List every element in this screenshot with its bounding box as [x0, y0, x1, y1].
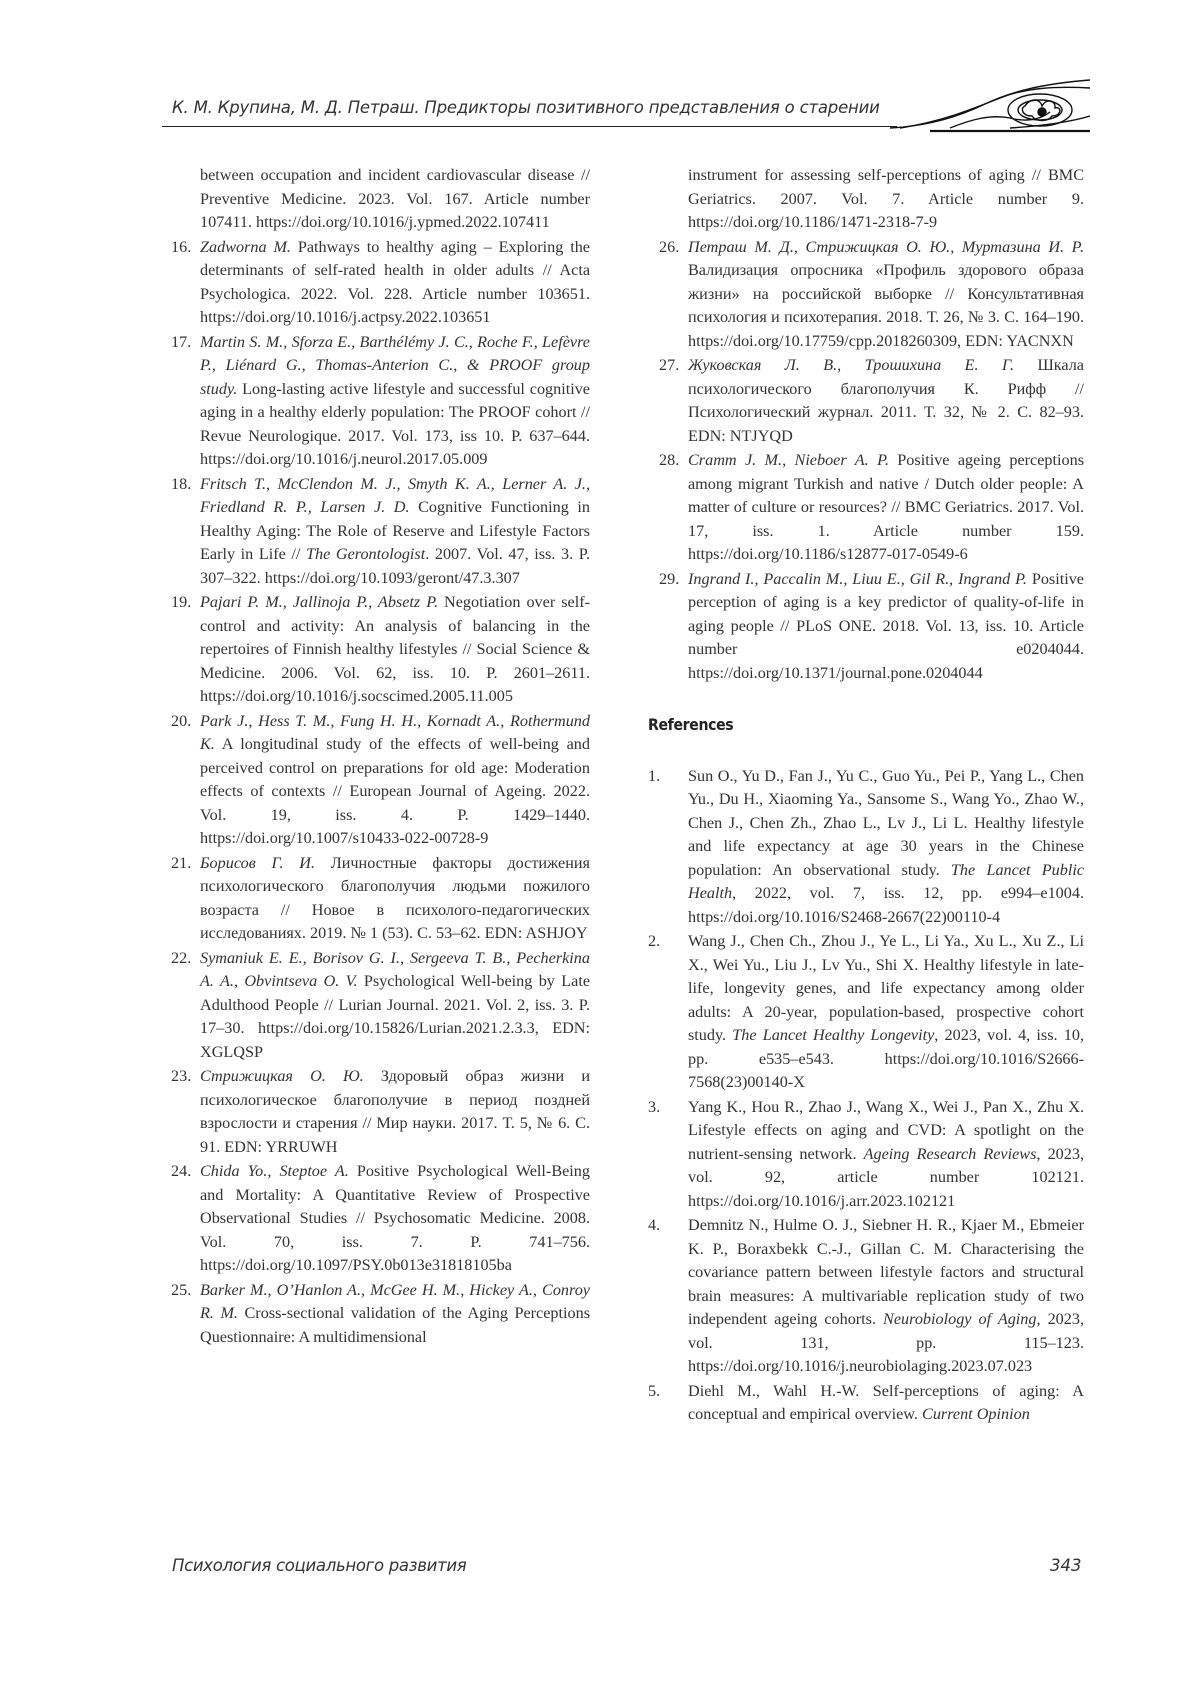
reference-item: 16.Zadworna M. Pathways to healthy aging…: [160, 236, 590, 330]
reference-authors: Стрижицкая О. Ю.: [200, 1067, 364, 1085]
reference-authors: Ingrand I., Paccalin M., Liuu E., Gil R.…: [688, 570, 1027, 588]
reference-item: 18.Fritsch T., McClendon M. J., Smyth K.…: [160, 473, 590, 591]
reference-number: 26.: [659, 236, 687, 260]
reference-continuation: instrument for assessing self-perception…: [648, 164, 1084, 235]
reference-journal: The Gerontologist: [306, 545, 425, 563]
reference-text: Long-lasting active lifestyle and succes…: [200, 380, 590, 469]
reference-text: A longitudinal study of the effects of w…: [200, 735, 590, 847]
references-heading: References: [648, 713, 1032, 737]
reference-number: 5.: [648, 1380, 676, 1404]
reference-number: 24.: [171, 1160, 199, 1184]
reference-authors: Жуковская Л. В., Трошихина Е. Г.: [688, 356, 1014, 374]
reference-number: 28.: [659, 449, 687, 473]
running-title: К. М. Крупина, М. Д. Петраш. Предикторы …: [172, 98, 892, 117]
reference-item: 5.Diehl M., Wahl H.-W. Self-perceptions …: [648, 1380, 1084, 1427]
reference-text: Валидизация опросника «Профиль здорового…: [688, 261, 1084, 350]
reference-item: 26.Петраш М. Д., Стрижицкая О. Ю., Мурта…: [648, 236, 1084, 354]
reference-item: 1.Sun O., Yu D., Fan J., Yu C., Guo Yu.,…: [648, 765, 1084, 930]
reference-number: 25.: [171, 1279, 199, 1303]
reference-authors: Петраш М. Д., Стрижицкая О. Ю., Муртазин…: [688, 238, 1084, 256]
reference-item: 28.Cramm J. M., Nieboer A. P. Positive a…: [648, 449, 1084, 567]
reference-number: 27.: [659, 354, 687, 378]
reference-number: 18.: [171, 473, 199, 497]
reference-item: 24.Chida Yo., Steptoe A. Positive Psycho…: [160, 1160, 590, 1278]
reference-number: 17.: [171, 331, 199, 355]
left-column: between occupation and incident cardiova…: [160, 164, 590, 1350]
journal-name: Психология социального развития: [172, 1556, 466, 1575]
reference-journal: The Lancet Healthy Longevity: [732, 1026, 934, 1044]
reference-authors: Chida Yo., Steptoe A.: [200, 1162, 349, 1180]
header-divider: [162, 126, 897, 127]
reference-authors: Zadworna M.: [200, 238, 291, 256]
reference-item: 20.Park J., Hess T. M., Fung H. H., Korn…: [160, 710, 590, 851]
reference-text-tail: , 2022, vol. 7, iss. 12, pp. e994–e1004.…: [688, 884, 1084, 926]
reference-number: 2.: [648, 930, 676, 954]
reference-number: 3.: [648, 1096, 676, 1120]
reference-item: 22.Symaniuk E. E., Borisov G. I., Sergee…: [160, 947, 590, 1065]
reference-number: 20.: [171, 710, 199, 734]
reference-number: 16.: [171, 236, 199, 260]
reference-journal: Current Opinion: [922, 1405, 1030, 1423]
reference-item: 27.Жуковская Л. В., Трошихина Е. Г. Шкал…: [648, 354, 1084, 448]
reference-text: Cross-sectional validation of the Aging …: [200, 1304, 590, 1346]
reference-number: 21.: [171, 852, 199, 876]
reference-number: 19.: [171, 591, 199, 615]
reference-number: 29.: [659, 568, 687, 592]
reference-item: 4.Demnitz N., Hulme O. J., Siebner H. R.…: [648, 1214, 1084, 1379]
ornament-icon: [890, 76, 1090, 136]
reference-number: 23.: [171, 1065, 199, 1089]
reference-item: 2.Wang J., Chen Ch., Zhou J., Ye L., Li …: [648, 930, 1084, 1095]
reference-item: 23.Стрижицкая О. Ю. Здоровый образ жизни…: [160, 1065, 590, 1159]
reference-authors: Pajari P. M., Jallinoja P., Absetz P.: [200, 593, 438, 611]
reference-item: 29.Ingrand I., Paccalin M., Liuu E., Gil…: [648, 568, 1084, 686]
english-references-list: 1.Sun O., Yu D., Fan J., Yu C., Guo Yu.,…: [648, 765, 1084, 1427]
journal-page: К. М. Крупина, М. Д. Петраш. Предикторы …: [0, 0, 1200, 1697]
reference-journal: Neurobiology of Aging: [883, 1310, 1036, 1328]
reference-number: 1.: [648, 765, 676, 789]
reference-item: 25.Barker M., O’Hanlon A., McGee H. M., …: [160, 1279, 590, 1350]
reference-item: 3.Yang K., Hou R., Zhao J., Wang X., Wei…: [648, 1096, 1084, 1214]
reference-authors: Cramm J. M., Nieboer A. P.: [688, 451, 889, 469]
right-column: instrument for assessing self-perception…: [648, 164, 1084, 1428]
reference-continuation: between occupation and incident cardiova…: [160, 164, 590, 235]
reference-item: 17.Martin S. M., Sforza E., Barthélémy J…: [160, 331, 590, 472]
reference-journal: Ageing Research Reviews: [864, 1145, 1037, 1163]
reference-item: 21.Борисов Г. И. Личностные факторы дост…: [160, 852, 590, 946]
reference-authors: Борисов Г. И.: [200, 854, 315, 872]
page-number: 343: [1050, 1556, 1082, 1575]
reference-number: 4.: [648, 1214, 676, 1238]
reference-item: 19.Pajari P. M., Jallinoja P., Absetz P.…: [160, 591, 590, 709]
reference-number: 22.: [171, 947, 199, 971]
